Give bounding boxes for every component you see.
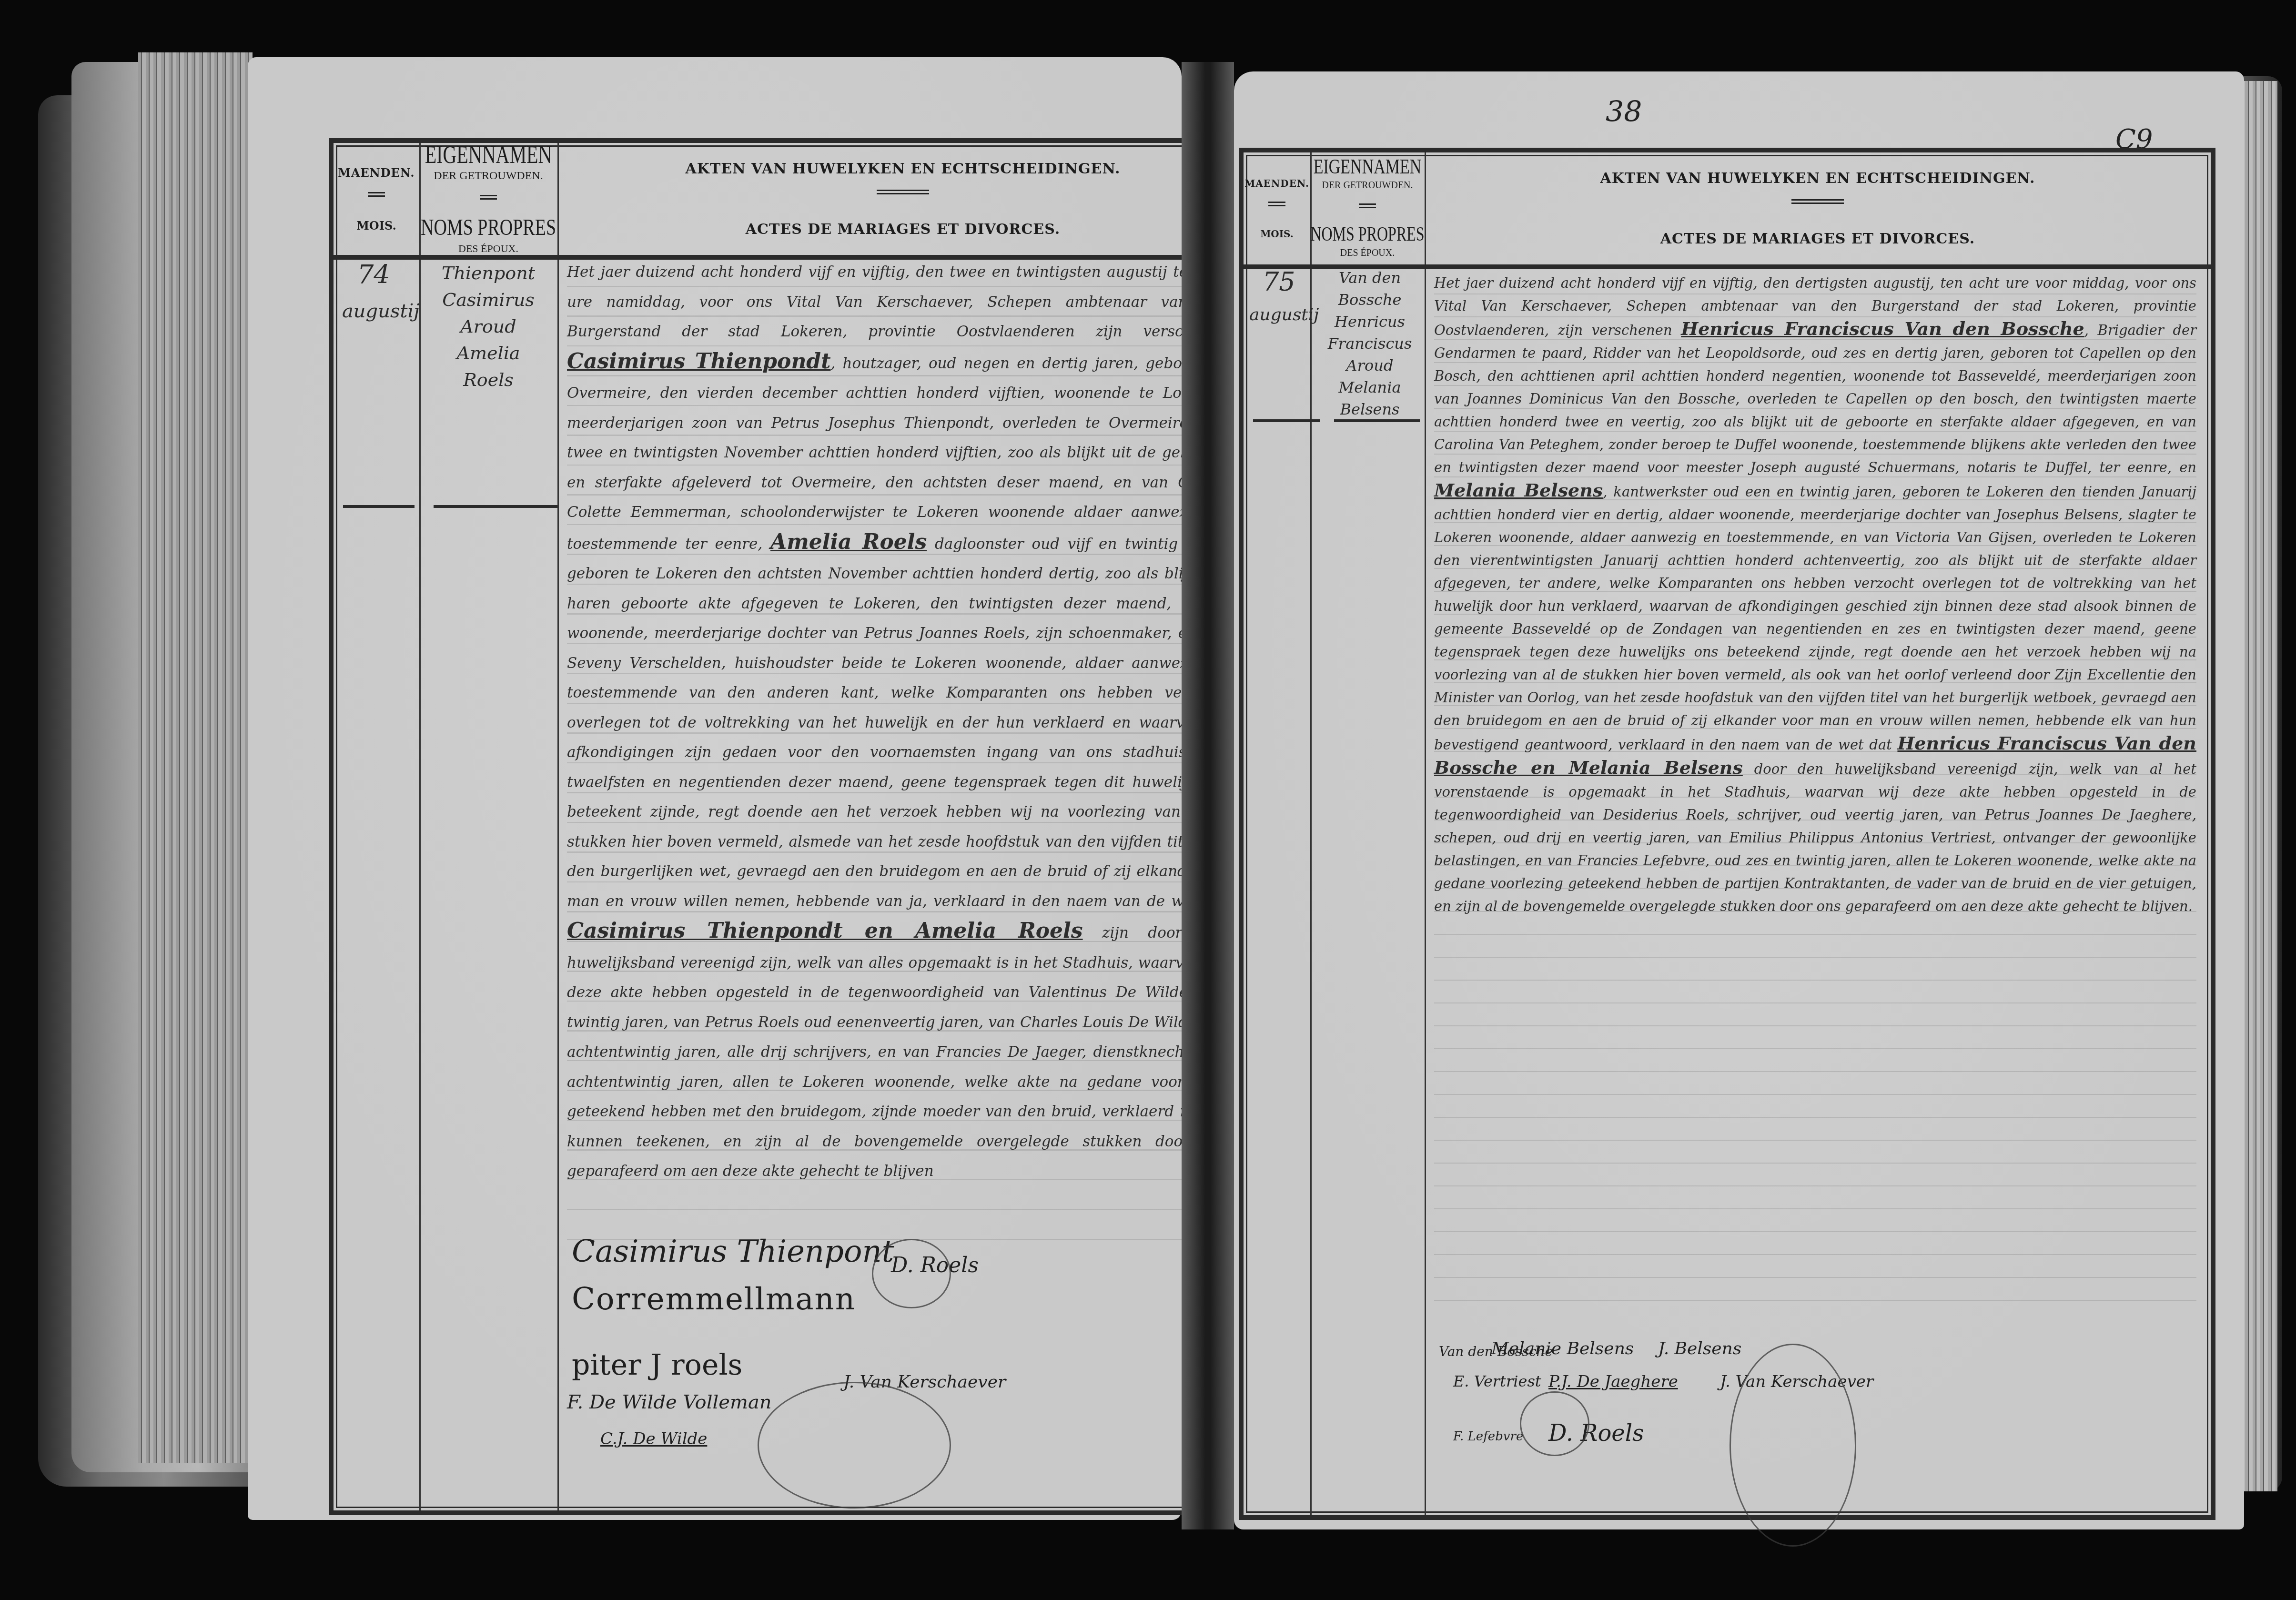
header-month: MAENDEN. MOIS. xyxy=(334,143,419,255)
page-number: 38 xyxy=(1606,95,1642,129)
header-eigennamen: EIGENNAMEN xyxy=(1314,155,1422,179)
header-mois: MOIS. xyxy=(356,219,396,233)
header-noms-propres: NOMS PROPRES xyxy=(421,213,556,241)
header-noms-propres: NOMS PROPRES xyxy=(1310,223,1424,245)
signature-witness: F. De Wilde Volleman xyxy=(567,1391,772,1413)
header-maenden: MAENDEN. xyxy=(1244,178,1309,189)
entry-end-rule xyxy=(434,505,557,508)
signature-groom: Casimirus Thienpont xyxy=(572,1234,894,1269)
marriage-act-text: Het jaer duizend acht honderd vijf en vi… xyxy=(567,257,1229,1253)
column-month xyxy=(1244,152,1312,1515)
signature-witness: C.J. De Wilde xyxy=(600,1429,707,1448)
divider-rule xyxy=(1268,202,1285,206)
name-line: Aroud xyxy=(1315,354,1425,376)
signature-flourish xyxy=(1730,1344,1856,1547)
header-names: EIGENNAMEN DER GETROUWDEN. NOMS PROPRES … xyxy=(419,143,557,255)
groom-name: Henricus Franciscus Van den Bossche xyxy=(1681,318,2084,339)
signature-witness: F. Lefebvre xyxy=(1453,1429,1523,1444)
name-line: Franciscus xyxy=(1315,333,1425,354)
book-gutter xyxy=(1182,62,1234,1529)
entry-number: 74 xyxy=(357,260,390,290)
signature-witness: E. Vertriest xyxy=(1453,1372,1541,1390)
header-month: MAENDEN. MOIS. xyxy=(1244,152,1310,264)
header-des-epoux: DES ÉPOUX. xyxy=(1340,248,1395,259)
name-line: Roels xyxy=(424,366,553,393)
signature-bride: Melanie Belsens xyxy=(1491,1339,1634,1358)
header-der-getrouwden: DER GETROUWDEN. xyxy=(434,170,543,182)
name-line: Van den xyxy=(1315,267,1425,289)
name-line: Melania xyxy=(1315,376,1425,398)
scanned-register-spread: MAENDEN. MOIS. EIGENNAMEN DER GETROUWDEN… xyxy=(0,0,2296,1600)
header-actes: ACTES DE MARIAGES ET DIVORCES. xyxy=(1660,231,1975,247)
couple-names: Casimirus Thienpondt en Amelia Roels xyxy=(567,919,1083,943)
name-line: Casimirus xyxy=(424,286,553,313)
column-month xyxy=(334,143,421,1510)
name-line: Aroud xyxy=(424,313,553,340)
spouse-names: Thienpont Casimirus Aroud Amelia Roels xyxy=(424,260,553,393)
header-names: EIGENNAMEN DER GETROUWDEN. NOMS PROPRES … xyxy=(1310,152,1425,264)
name-line: Bossche xyxy=(1315,289,1425,311)
name-line: Belsens xyxy=(1315,398,1425,420)
signature-flourish xyxy=(872,1239,951,1308)
entry-number: 75 xyxy=(1263,267,1295,297)
entry-end-rule xyxy=(1334,419,1420,422)
entry-month: augustij xyxy=(342,300,420,322)
signature-witness: P.J. De Jaeghere xyxy=(1548,1372,1678,1391)
divider-rule xyxy=(877,190,929,194)
header-acts: AKTEN VAN HUWELYKEN EN ECHTSCHEIDINGEN. … xyxy=(557,143,1248,255)
marriage-act-text: Het jaer duizend acht honderd vijf en vi… xyxy=(1434,272,2196,1310)
entry-end-rule xyxy=(343,505,415,508)
divider-rule xyxy=(480,195,497,200)
header-akten: AKTEN VAN HUWELYKEN EN ECHTSCHEIDINGEN. xyxy=(686,161,1121,177)
header-acts: AKTEN VAN HUWELYKEN EN ECHTSCHEIDINGEN. … xyxy=(1425,152,2211,264)
header-akten: AKTEN VAN HUWELYKEN EN ECHTSCHEIDINGEN. xyxy=(1600,170,2035,187)
table-header-left: MAENDEN. MOIS. EIGENNAMEN DER GETROUWDEN… xyxy=(334,143,1244,260)
signature-flourish xyxy=(758,1382,951,1509)
register-table-left: MAENDEN. MOIS. EIGENNAMEN DER GETROUWDEN… xyxy=(329,138,1244,1515)
groom-name: Casimirus Thienpondt xyxy=(567,349,830,374)
entry-month: augustij xyxy=(1249,305,1319,324)
signature-witness: Corremmellmann xyxy=(572,1282,856,1317)
name-line: Henricus xyxy=(1315,311,1425,333)
signature-witness: piter J roels xyxy=(572,1348,742,1382)
header-mois: MOIS. xyxy=(1260,228,1294,240)
header-der-getrouwden: DER GETROUWDEN. xyxy=(1322,180,1413,191)
header-actes: ACTES DE MARIAGES ET DIVORCES. xyxy=(746,221,1060,238)
bride-name: Amelia Roels xyxy=(770,530,927,554)
divider-rule xyxy=(368,192,385,197)
entry-end-rule xyxy=(1253,419,1320,422)
name-line: Amelia xyxy=(424,340,553,366)
header-des-epoux: DES ÉPOUX. xyxy=(458,243,518,255)
header-maenden: MAENDEN. xyxy=(338,166,415,180)
page-edges-left xyxy=(138,52,253,1463)
header-eigennamen: EIGENNAMEN xyxy=(425,140,552,169)
table-header-right: MAENDEN. MOIS. EIGENNAMEN DER GETROUWDEN… xyxy=(1244,152,2211,269)
register-table-right: MAENDEN. MOIS. EIGENNAMEN DER GETROUWDEN… xyxy=(1239,148,2215,1520)
name-line: Thienpont xyxy=(424,260,553,286)
spouse-names: Van den Bossche Henricus Franciscus Arou… xyxy=(1315,267,1425,420)
signature-flourish xyxy=(1520,1391,1589,1456)
signature-father: J. Belsens xyxy=(1658,1339,1741,1358)
divider-rule xyxy=(1791,199,1844,204)
divider-rule xyxy=(1359,203,1376,208)
bride-name: Melania Belsens xyxy=(1434,479,1603,501)
